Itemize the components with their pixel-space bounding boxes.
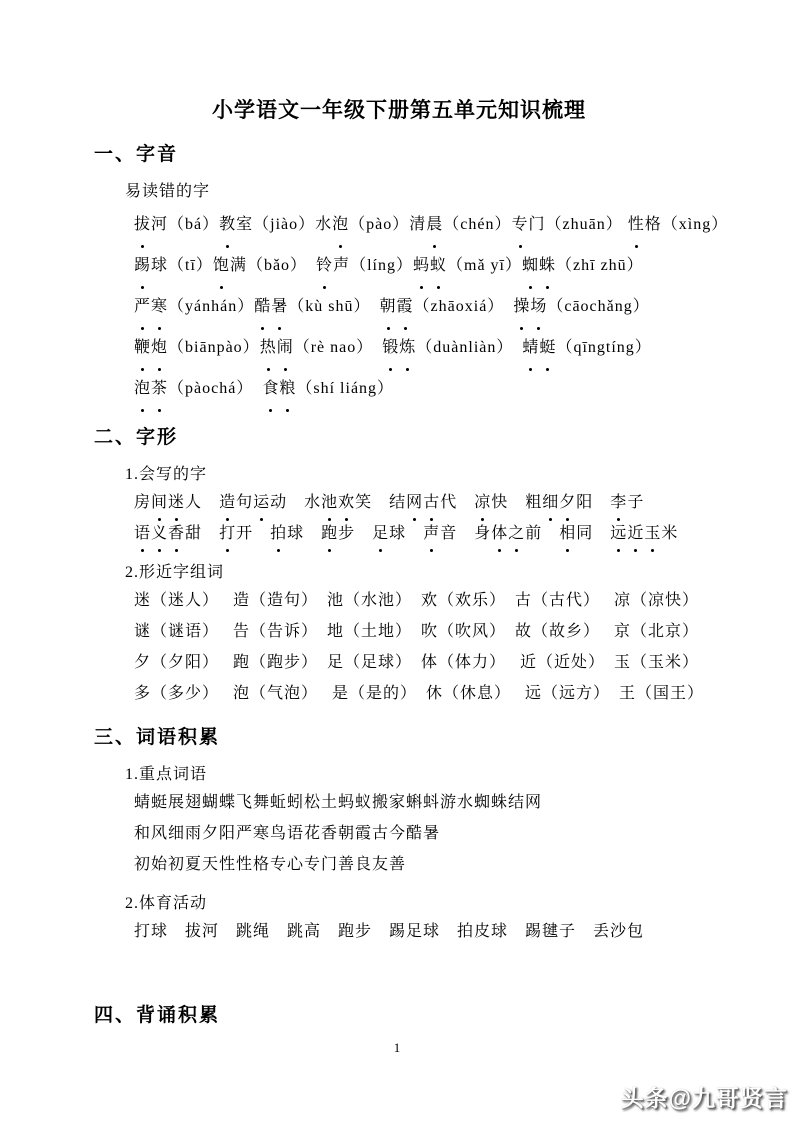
content-line: 蜻蜓展翅蝴蝶飞舞蚯蚓松土蚂蚁搬家蝌蚪游水蜘蛛结网	[134, 787, 704, 818]
content-line: 谜（谜语） 告（告诉） 地（土地） 吹（吹风） 故（故乡） 京（北京）	[134, 616, 704, 647]
emphasized-char: 霞	[397, 286, 414, 327]
emphasized-char: 铃	[316, 245, 333, 286]
subheading: 2.体育活动	[125, 892, 704, 916]
emphasized-char: 蚂	[413, 245, 430, 286]
emphasized-char: 池	[321, 487, 338, 518]
document-page: 小学语文一年级下册第五单元知识梳理 一、字音易读错的字拔河（bá）教室（jiào…	[0, 0, 794, 1123]
emphasized-char: 蚁	[430, 245, 447, 286]
emphasized-char: 之	[508, 518, 525, 549]
subheading: 易读错的字	[125, 180, 704, 204]
content-line: 迷（迷人） 造（造句） 池（水池） 欢（欢乐） 古（古代） 凉（凉快）	[134, 585, 704, 616]
emphasized-char: 运	[253, 487, 270, 518]
emphasized-char: 暑	[271, 286, 288, 327]
emphasized-char: 义	[151, 518, 168, 549]
section-1: 一、字音易读错的字拔河（bá）教室（jiào）水泡（pào）清晨（chén）专门…	[94, 142, 704, 409]
section-heading: 四、背诵积累	[94, 1003, 704, 1029]
emphasized-char: 凉	[474, 487, 491, 518]
emphasized-char: 李	[610, 487, 627, 518]
section-heading: 一、字音	[94, 142, 704, 168]
emphasized-char: 相	[559, 518, 576, 549]
content-line: 和风细雨夕阳严寒鸟语花香朝霞古今酷暑	[134, 818, 704, 849]
emphasized-char: 足	[372, 518, 389, 549]
emphasized-char: 粮	[279, 368, 296, 409]
content-line: 多（多少） 泡（气泡） 是（是的） 休（休息） 远（远方） 王（国王）	[134, 678, 704, 709]
content-line: 拔河（bá）教室（jiào）水泡（pào）清晨（chén）专门（zhuān） 性…	[134, 204, 704, 245]
emphasized-char: 拍	[270, 518, 287, 549]
emphasized-char: 夕	[559, 487, 576, 518]
emphasized-char: 欢	[338, 487, 355, 518]
emphasized-char: 酷	[254, 286, 271, 327]
emphasized-char: 古	[423, 487, 440, 518]
emphasized-char: 炼	[399, 327, 416, 368]
emphasized-char: 迷	[168, 487, 185, 518]
section-heading: 二、字形	[94, 425, 704, 451]
emphasized-char: 性	[628, 204, 645, 245]
section-4: 四、背诵积累	[94, 1003, 704, 1029]
content-line: 语义香甜 打开 拍球 跑步 足球 声音 身体之前 相同 远近玉米	[134, 518, 704, 549]
emphasized-char: 饱	[213, 245, 230, 286]
emphasized-char: 泡	[134, 368, 151, 409]
section-3: 三、词语积累1.重点词语蜻蜓展翅蝴蝶飞舞蚯蚓松土蚂蚁搬家蝌蚪游水蜘蛛结网和风细雨…	[94, 725, 704, 947]
emphasized-char: 体	[491, 518, 508, 549]
emphasized-char: 严	[134, 286, 151, 327]
emphasized-char: 打	[219, 518, 236, 549]
emphasized-char: 语	[134, 518, 151, 549]
emphasized-char: 远	[610, 518, 627, 549]
subheading: 1.会写的字	[125, 463, 704, 487]
emphasized-char: 教	[219, 204, 236, 245]
emphasized-char: 闹	[277, 327, 294, 368]
subheading: 2.形近字组词	[125, 561, 704, 585]
emphasized-char: 蜓	[539, 327, 556, 368]
content-line: 初始初夏天性性格专心专门善良友善	[134, 849, 704, 880]
emphasized-char: 间	[151, 487, 168, 518]
document-content: 一、字音易读错的字拔河（bá）教室（jiào）水泡（pào）清晨（chén）专门…	[94, 142, 704, 1029]
emphasized-char: 鞭	[134, 327, 151, 368]
emphasized-char: 场	[530, 286, 547, 327]
emphasized-char: 专	[512, 204, 529, 245]
emphasized-char: 香	[168, 518, 185, 549]
emphasized-char: 踢	[134, 245, 151, 286]
emphasized-char: 热	[260, 327, 277, 368]
content-line: 鞭炮（biānpào）热闹（rè nao） 锻炼（duànliàn） 蜻蜓（qī…	[134, 327, 704, 368]
emphasized-char: 朝	[380, 286, 397, 327]
emphasized-char: 茶	[151, 368, 168, 409]
emphasized-char: 炮	[151, 327, 168, 368]
watermark: 头条@九哥贤言	[621, 1080, 788, 1113]
page-title: 小学语文一年级下册第五单元知识梳理	[94, 96, 704, 126]
emphasized-char: 操	[513, 286, 530, 327]
emphasized-char: 造	[219, 487, 236, 518]
emphasized-char: 近	[627, 518, 644, 549]
emphasized-char: 蜘	[522, 245, 539, 286]
emphasized-char: 蛛	[539, 245, 556, 286]
emphasized-char: 食	[262, 368, 279, 409]
emphasized-char: 跑	[321, 518, 338, 549]
emphasized-char: 晨	[426, 204, 443, 245]
content-line: 泡茶（pàochá） 食粮（shí liáng）	[134, 368, 704, 409]
emphasized-char: 网	[406, 487, 423, 518]
section-heading: 三、词语积累	[94, 725, 704, 751]
emphasized-char: 玉	[644, 518, 661, 549]
emphasized-char: 寒	[151, 286, 168, 327]
content-line: 严寒（yánhán）酷暑（kù shū） 朝霞（zhāoxiá） 操场（cāoc…	[134, 286, 704, 327]
content-line: 房间迷人 造句运动 水池欢笑 结网古代 凉快 粗细夕阳 李子	[134, 487, 704, 518]
emphasized-char: 拔	[134, 204, 151, 245]
page-number: 1	[0, 1040, 794, 1056]
section-2: 二、字形1.会写的字房间迷人 造句运动 水池欢笑 结网古代 凉快 粗细夕阳 李子…	[94, 425, 704, 709]
emphasized-char: 锻	[382, 327, 399, 368]
content-line: 踢球（tī）饱满（bǎo） 铃声（líng）蚂蚁（mǎ yī）蜘蛛（zhī zh…	[134, 245, 704, 286]
content-line: 夕（夕阳） 跑（跑步） 足（足球） 体（体力） 近（近处） 玉（玉米）	[134, 647, 704, 678]
emphasized-char: 蜻	[522, 327, 539, 368]
emphasized-char: 细	[542, 487, 559, 518]
emphasized-char: 泡	[332, 204, 349, 245]
emphasized-char: 声	[423, 518, 440, 549]
content-line: 打球 拔河 跳绳 跳高 跑步 踢足球 拍皮球 踢毽子 丢沙包	[134, 916, 704, 947]
subheading: 1.重点词语	[125, 763, 704, 787]
